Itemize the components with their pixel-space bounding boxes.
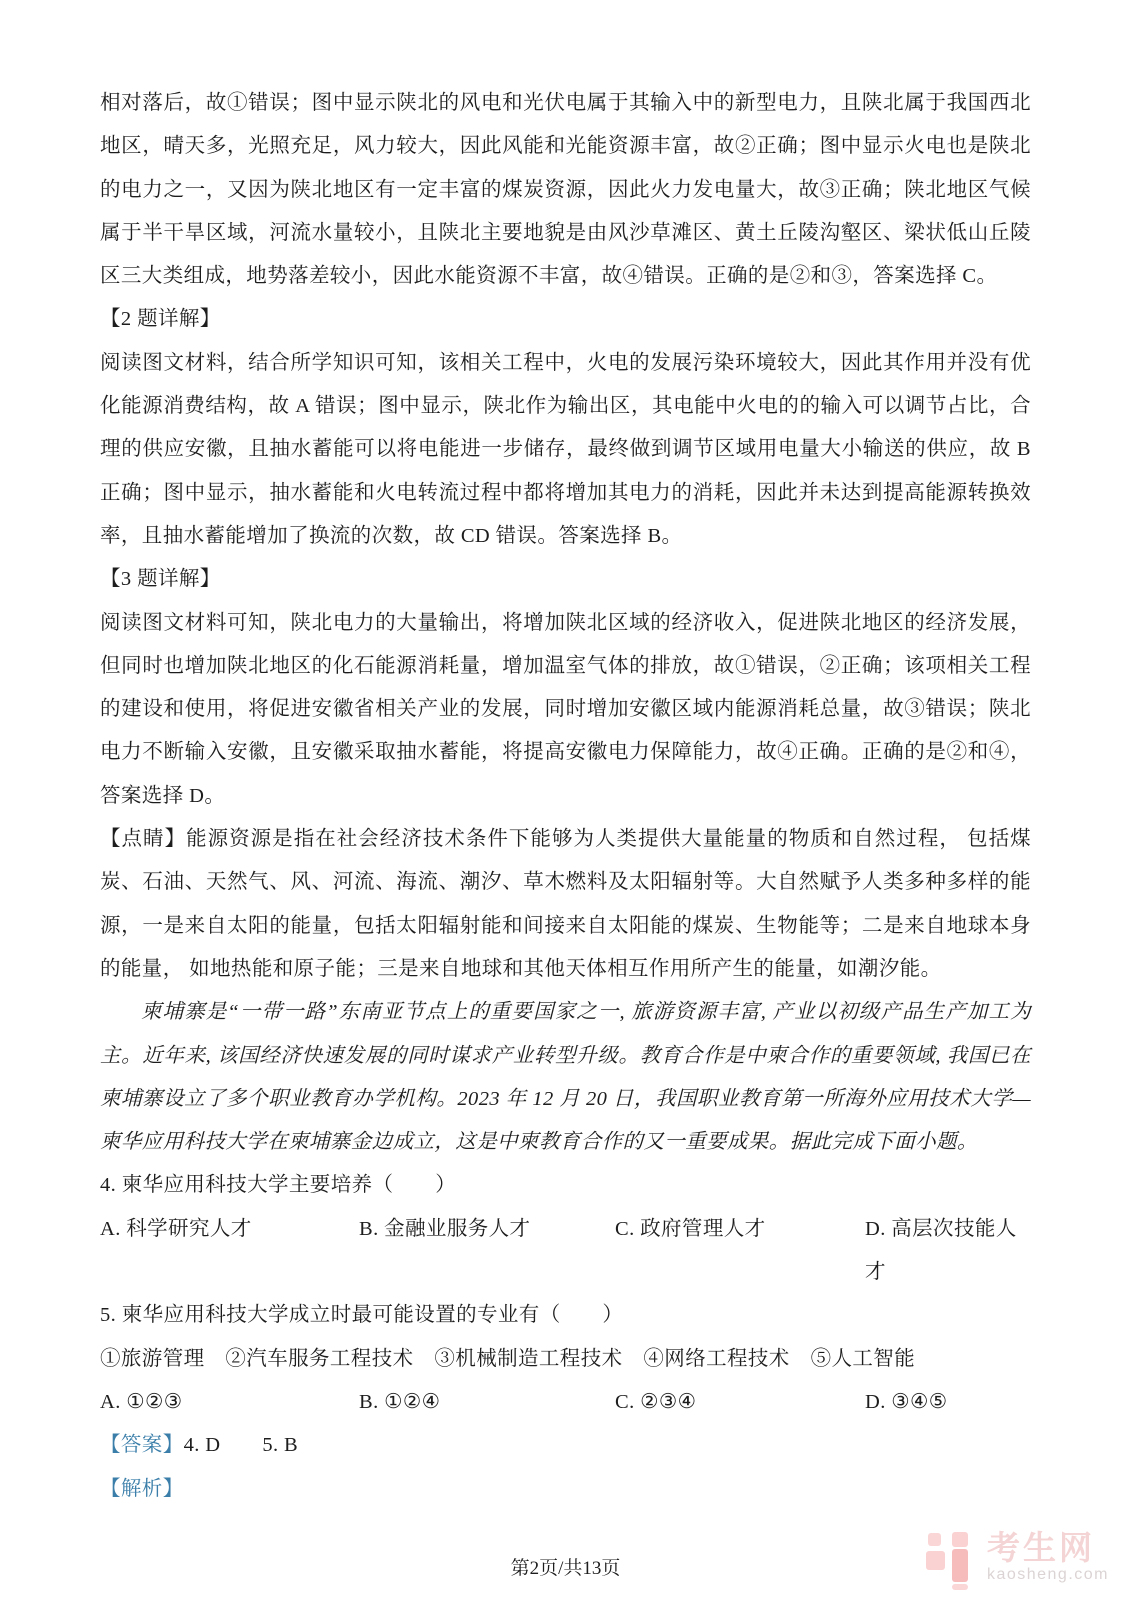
q4-option-a: A. 科学研究人才 <box>100 1208 359 1295</box>
kaosheng-logo-icon <box>926 1532 974 1590</box>
section-header-q2-explain: 【2 题详解】 <box>100 298 1031 341</box>
q5-option-c: C. ②③④ <box>615 1381 865 1424</box>
paragraph-q2-explanation: 阅读图文材料，结合所学知识可知，该相关工程中，火电的发展污染环境较大，因此其作用… <box>100 342 1031 558</box>
paragraph-q3-explanation: 阅读图文材料可知，陕北电力的大量输出，将增加陕北区域的经济收入，促进陕北地区的经… <box>100 602 1031 818</box>
question-5-stem: 5. 柬华应用科技大学成立时最可能设置的专业有（ ） <box>100 1294 1031 1337</box>
logo-block-3 <box>926 1551 945 1570</box>
logo-block-4 <box>952 1549 968 1582</box>
answer-line: 【答案】4. D 5. B <box>100 1424 1031 1467</box>
q5-option-d: D. ③④⑤ <box>865 1381 1031 1424</box>
section-header-q3-explain: 【3 题详解】 <box>100 558 1031 601</box>
analysis-line: 【解析】 <box>100 1468 1031 1511</box>
answer-text: 4. D 5. B <box>184 1434 298 1456</box>
kaosheng-watermark: 考生网 kaosheng.com <box>926 1530 1109 1590</box>
watermark-text-group: 考生网 kaosheng.com <box>987 1530 1109 1584</box>
q5-option-a: A. ①②③ <box>100 1381 359 1424</box>
question-4-options: A. 科学研究人才 B. 金融业服务人才 C. 政府管理人才 D. 高层次技能人… <box>100 1208 1031 1295</box>
page-content: 相对落后，故①错误；图中显示陕北的风电和光伏电属于其输入中的新型电力，且陕北属于… <box>100 82 1031 1511</box>
analysis-label: 【解析】 <box>100 1478 184 1500</box>
paragraph-q1-explanation-continued: 相对落后，故①错误；图中显示陕北的风电和光伏电属于其输入中的新型电力，且陕北属于… <box>100 82 1031 298</box>
q4-option-d: D. 高层次技能人才 <box>865 1208 1031 1295</box>
page-number: 第2页/共13页 <box>511 1558 621 1579</box>
watermark-site-name: 考生网 <box>987 1530 1109 1566</box>
q4-option-c: C. 政府管理人才 <box>615 1208 865 1295</box>
logo-block-5 <box>952 1584 968 1590</box>
logo-block-1 <box>928 1533 941 1546</box>
question-5-options: A. ①②③ B. ①②④ C. ②③④ D. ③④⑤ <box>100 1381 1031 1424</box>
question-5-items: ①旅游管理 ②汽车服务工程技术 ③机械制造工程技术 ④网络工程技术 ⑤人工智能 <box>100 1338 1031 1381</box>
watermark-site-url: kaosheng.com <box>987 1566 1109 1584</box>
question-4-stem: 4. 柬华应用科技大学主要培养（ ） <box>100 1164 1031 1207</box>
dianjing-text: 能源资源是指在社会经济技术条件下能够为人类提供大量能量的物质和自然过程， 包括煤… <box>100 828 1031 980</box>
dianjing-label: 【点睛】 <box>100 828 186 850</box>
logo-block-2 <box>952 1532 968 1547</box>
paragraph-dianjing: 【点睛】能源资源是指在社会经济技术条件下能够为人类提供大量能量的物质和自然过程，… <box>100 818 1031 991</box>
q4-option-b: B. 金融业服务人才 <box>359 1208 615 1295</box>
answer-label: 【答案】 <box>100 1434 184 1456</box>
paragraph-reading-material: 柬埔寨是“一带一路”东南亚节点上的重要国家之一, 旅游资源丰富, 产业以初级产品… <box>100 991 1031 1164</box>
q5-option-b: B. ①②④ <box>359 1381 615 1424</box>
